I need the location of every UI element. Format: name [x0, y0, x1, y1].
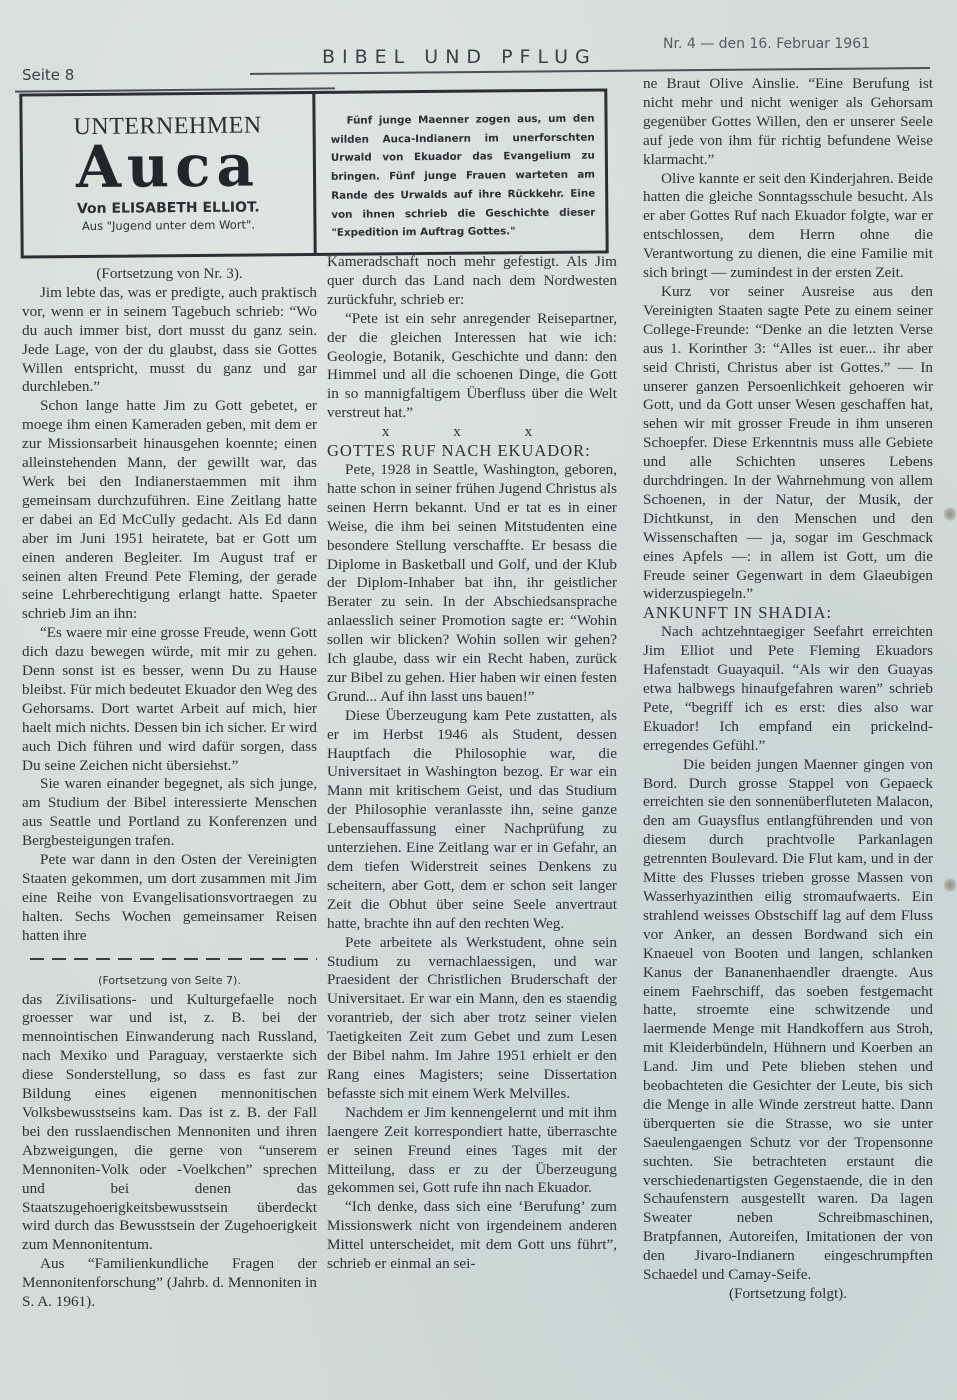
paragraph: “Ich denke, dass sich eine ‘Berufung’ zu… — [327, 1198, 617, 1274]
column-2: Kameradschaft noch mehr gefestigt. Als J… — [327, 253, 617, 1274]
paragraph: “Es waere mir eine grosse Freude, wenn G… — [22, 624, 317, 775]
paragraph: Die beiden jungen Maenner gingen von Bor… — [643, 756, 933, 1285]
paragraph: Kameradschaft noch mehr gefestigt. Als J… — [327, 253, 617, 310]
paragraph: ne Braut Olive Ainslie. “Eine Berufung i… — [643, 75, 933, 170]
paragraph: Schon lange hatte Jim zu Gott gebetet, e… — [22, 397, 317, 624]
paragraph: das Zivilisations- und Kulturgefaelle no… — [22, 991, 317, 1256]
paragraph: Jim lebte das, was er predigte, auch pra… — [22, 284, 317, 397]
page-number: Seite 8 — [22, 66, 74, 84]
column-3: ne Braut Olive Ainslie. “Eine Berufung i… — [643, 75, 933, 1304]
paragraph: Pete, 1928 in Seattle, Washington, gebor… — [327, 461, 617, 707]
paragraph: Nachdem er Jim kennengelernt und mit ihm… — [327, 1104, 617, 1199]
article-title: Auca — [23, 137, 313, 196]
closing-note: (Fortsetzung folgt). — [643, 1285, 933, 1304]
article-intro: Fünf junge Maenner zogen aus, um den wil… — [318, 91, 605, 252]
paragraph: Nach achtzehntaegiger Seefahrt erreichte… — [643, 623, 933, 755]
intro-text: Fünf junge Maenner zogen aus, um den wil… — [330, 110, 595, 243]
paragraph: Pete war dann in den Osten der Vereinigt… — [22, 851, 317, 946]
column-1: (Fortsetzung von Nr. 3). Jim lebte das, … — [22, 265, 317, 1312]
paragraph: Sie waren einander begegnet, als sich ju… — [22, 775, 317, 851]
paragraph: Pete arbeitete als Werkstudent, ohne sei… — [327, 934, 617, 1104]
paragraph: Olive kannte er seit den Kinderjahren. B… — [643, 170, 933, 283]
paragraph: “Pete ist ein sehr anregender Reisepartn… — [327, 310, 617, 423]
article-byline: Von ELISABETH ELLIOT. — [23, 199, 313, 218]
dashed-separator — [30, 958, 317, 960]
continuation-note: (Fortsetzung von Nr. 3). — [22, 265, 317, 284]
newspaper-page: Seite 8 BIBEL UND PFLUG Nr. 4 — den 16. … — [0, 0, 957, 1400]
article-title-block: UNTERNEHMEN Auca Von ELISABETH ELLIOT. A… — [22, 94, 316, 256]
paragraph: Kurz vor seiner Ausreise aus den Vereini… — [643, 283, 933, 604]
binder-hole-icon — [944, 506, 956, 522]
issue-date: Nr. 4 — den 16. Februar 1961 — [663, 36, 870, 52]
masthead-rule — [250, 67, 930, 75]
other-article-continuation-note: (Fortsetzung von Seite 7). — [22, 972, 317, 991]
article-header-box: UNTERNEHMEN Auca Von ELISABETH ELLIOT. A… — [19, 88, 608, 258]
paragraph: Diese Überzeugung kam Pete zustatten, al… — [327, 707, 617, 934]
section-heading: ANKUNFT IN SHADIA: — [643, 604, 933, 623]
publication-title: BIBEL UND PFLUG — [322, 46, 597, 68]
section-heading: GOTTES RUF NACH EKUADOR: — [327, 442, 617, 461]
section-separator: x x x — [327, 423, 617, 442]
paragraph: Aus “Familienkundliche Fragen der Mennon… — [22, 1255, 317, 1312]
binder-hole-icon — [944, 877, 956, 893]
article-source: Aus "Jugend unter dem Wort". — [23, 217, 313, 234]
